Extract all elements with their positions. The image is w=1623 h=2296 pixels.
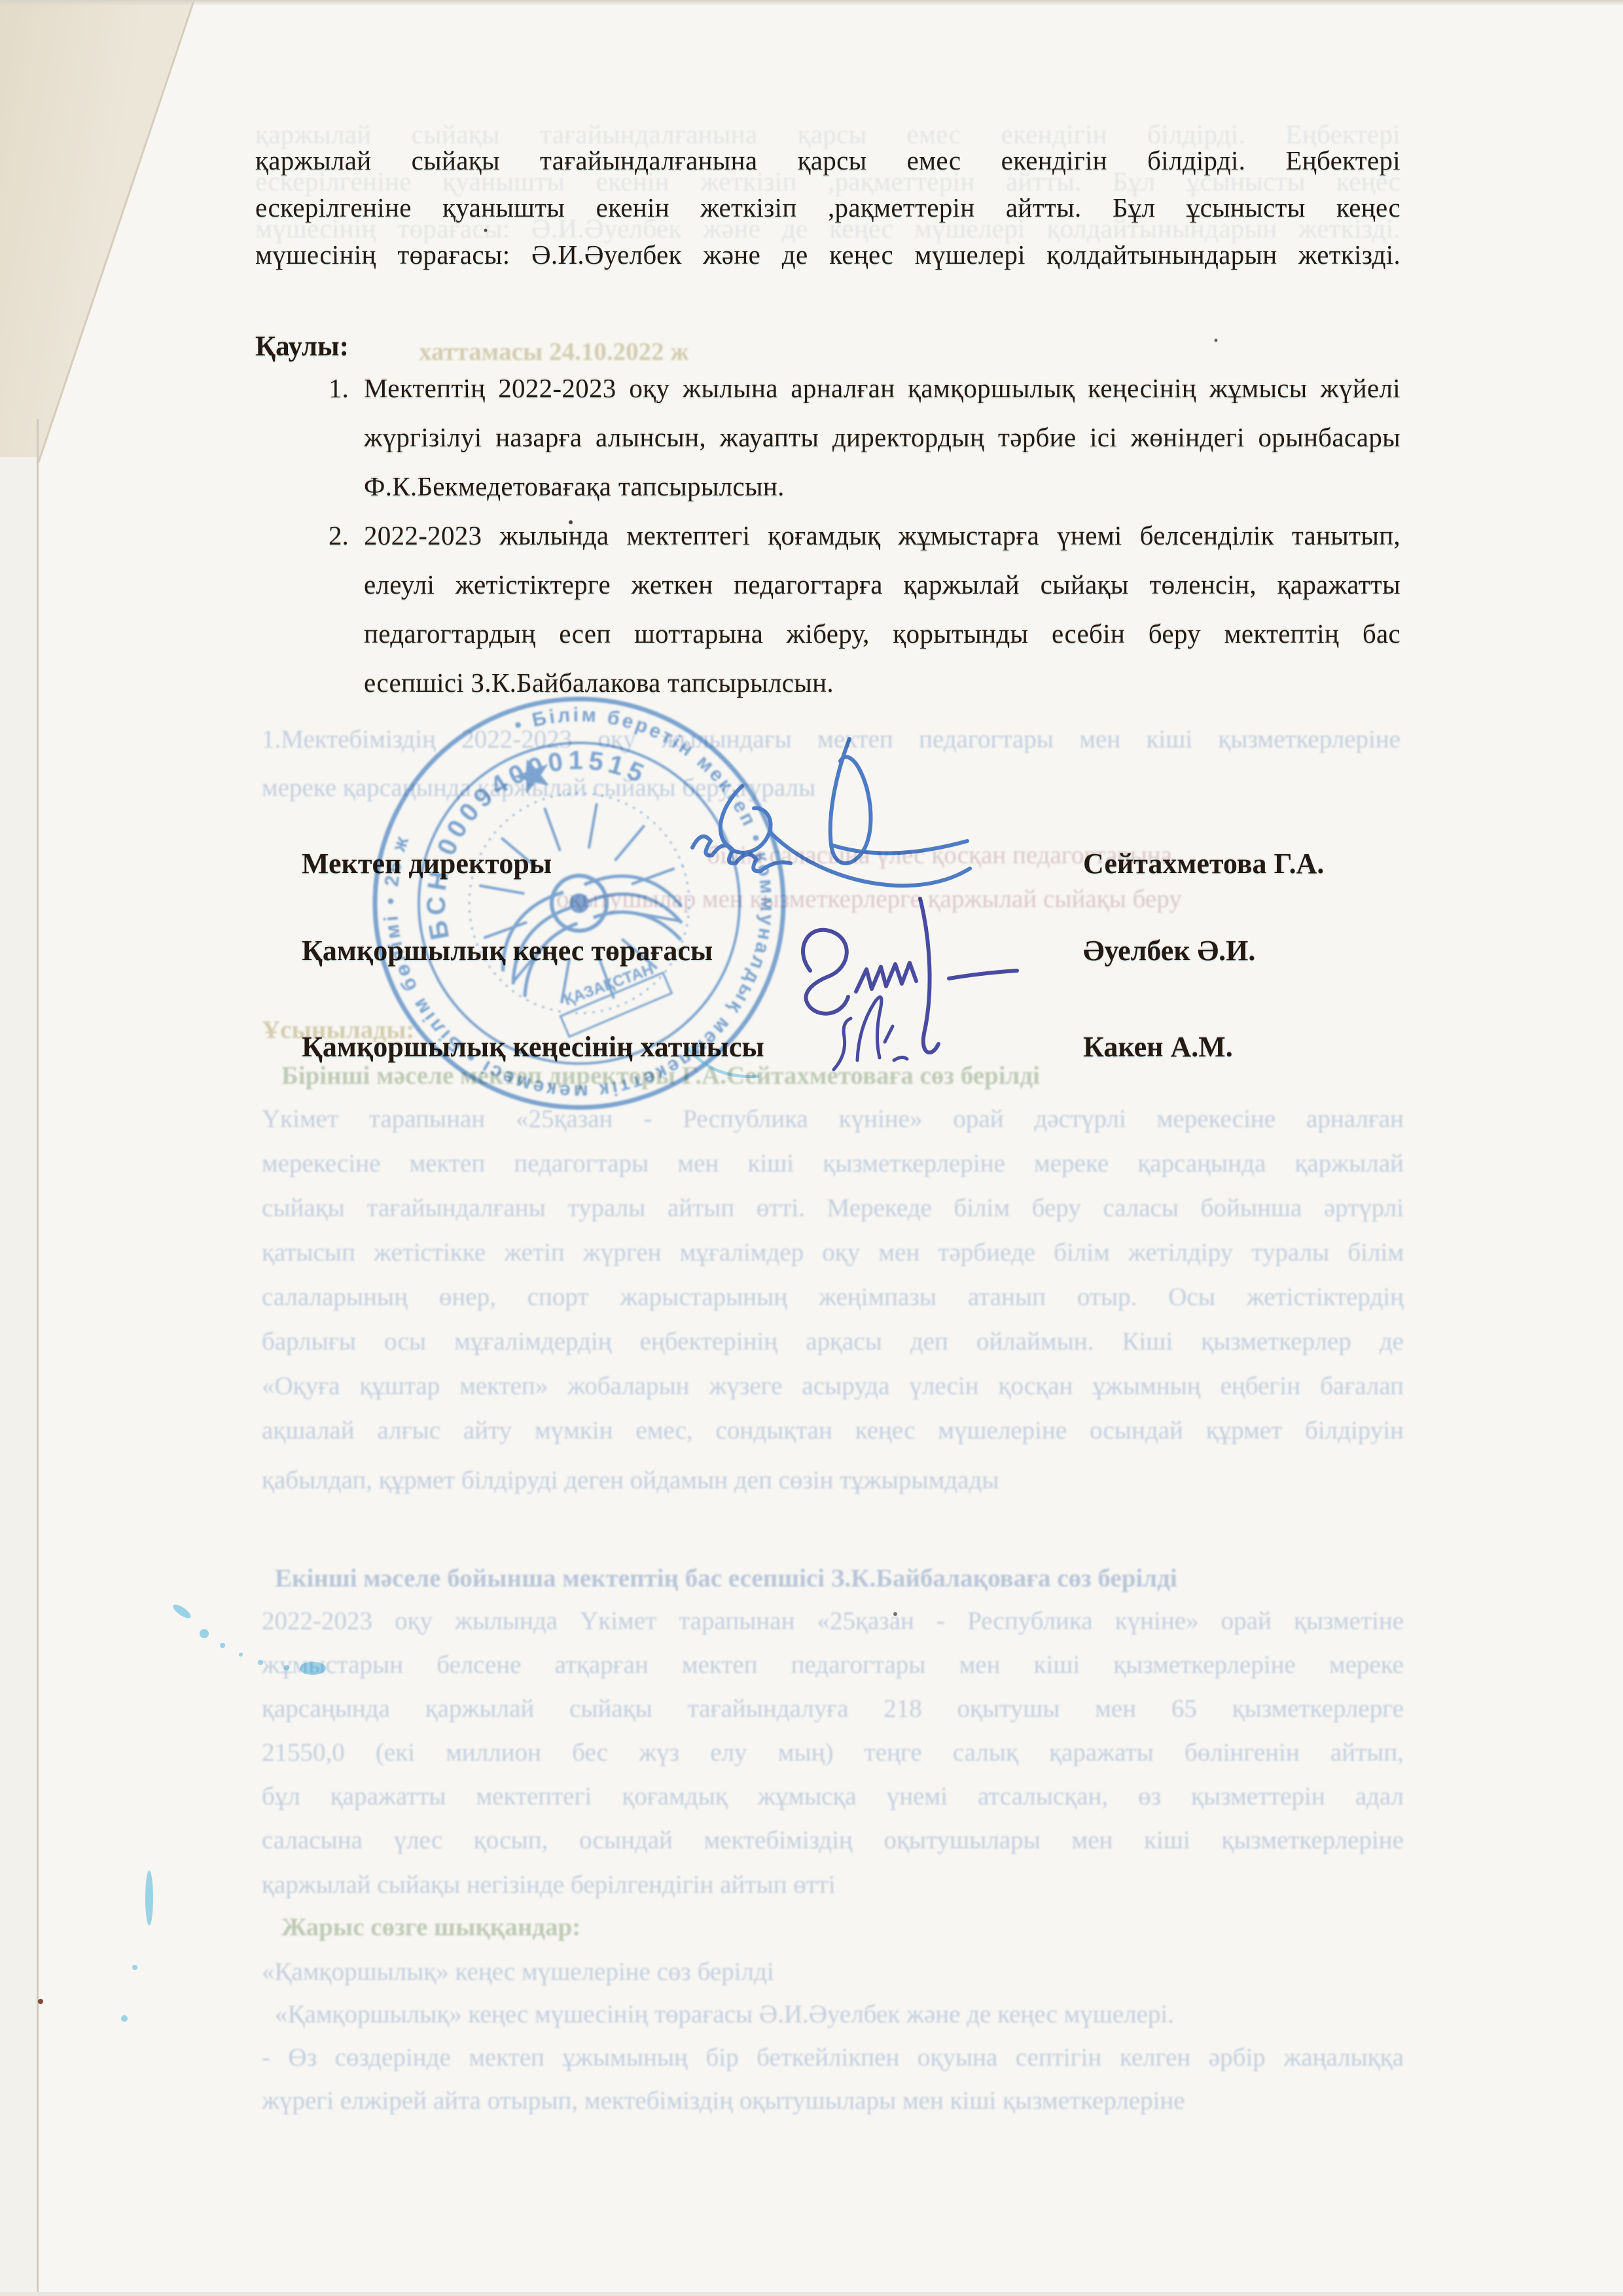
ink-smear [121, 1047, 759, 2022]
stamp-center-label: ҚАЗАҚСТАН [562, 960, 656, 1009]
official-stamp: ҚАЗАҚСТАН • Білім беретін мектеп • комму… [317, 641, 841, 1165]
scan-specks [38, 229, 1218, 2005]
secretary-signature [834, 997, 907, 1069]
chairman-signature [803, 899, 1017, 1052]
ink-overlay: ҚАЗАҚСТАН • Білім беретін мектеп • комму… [0, 0, 1623, 2296]
scanned-document-page: хаттамасы 24.10.2022 ж 1.Мектебіміздің 2… [0, 0, 1623, 2296]
